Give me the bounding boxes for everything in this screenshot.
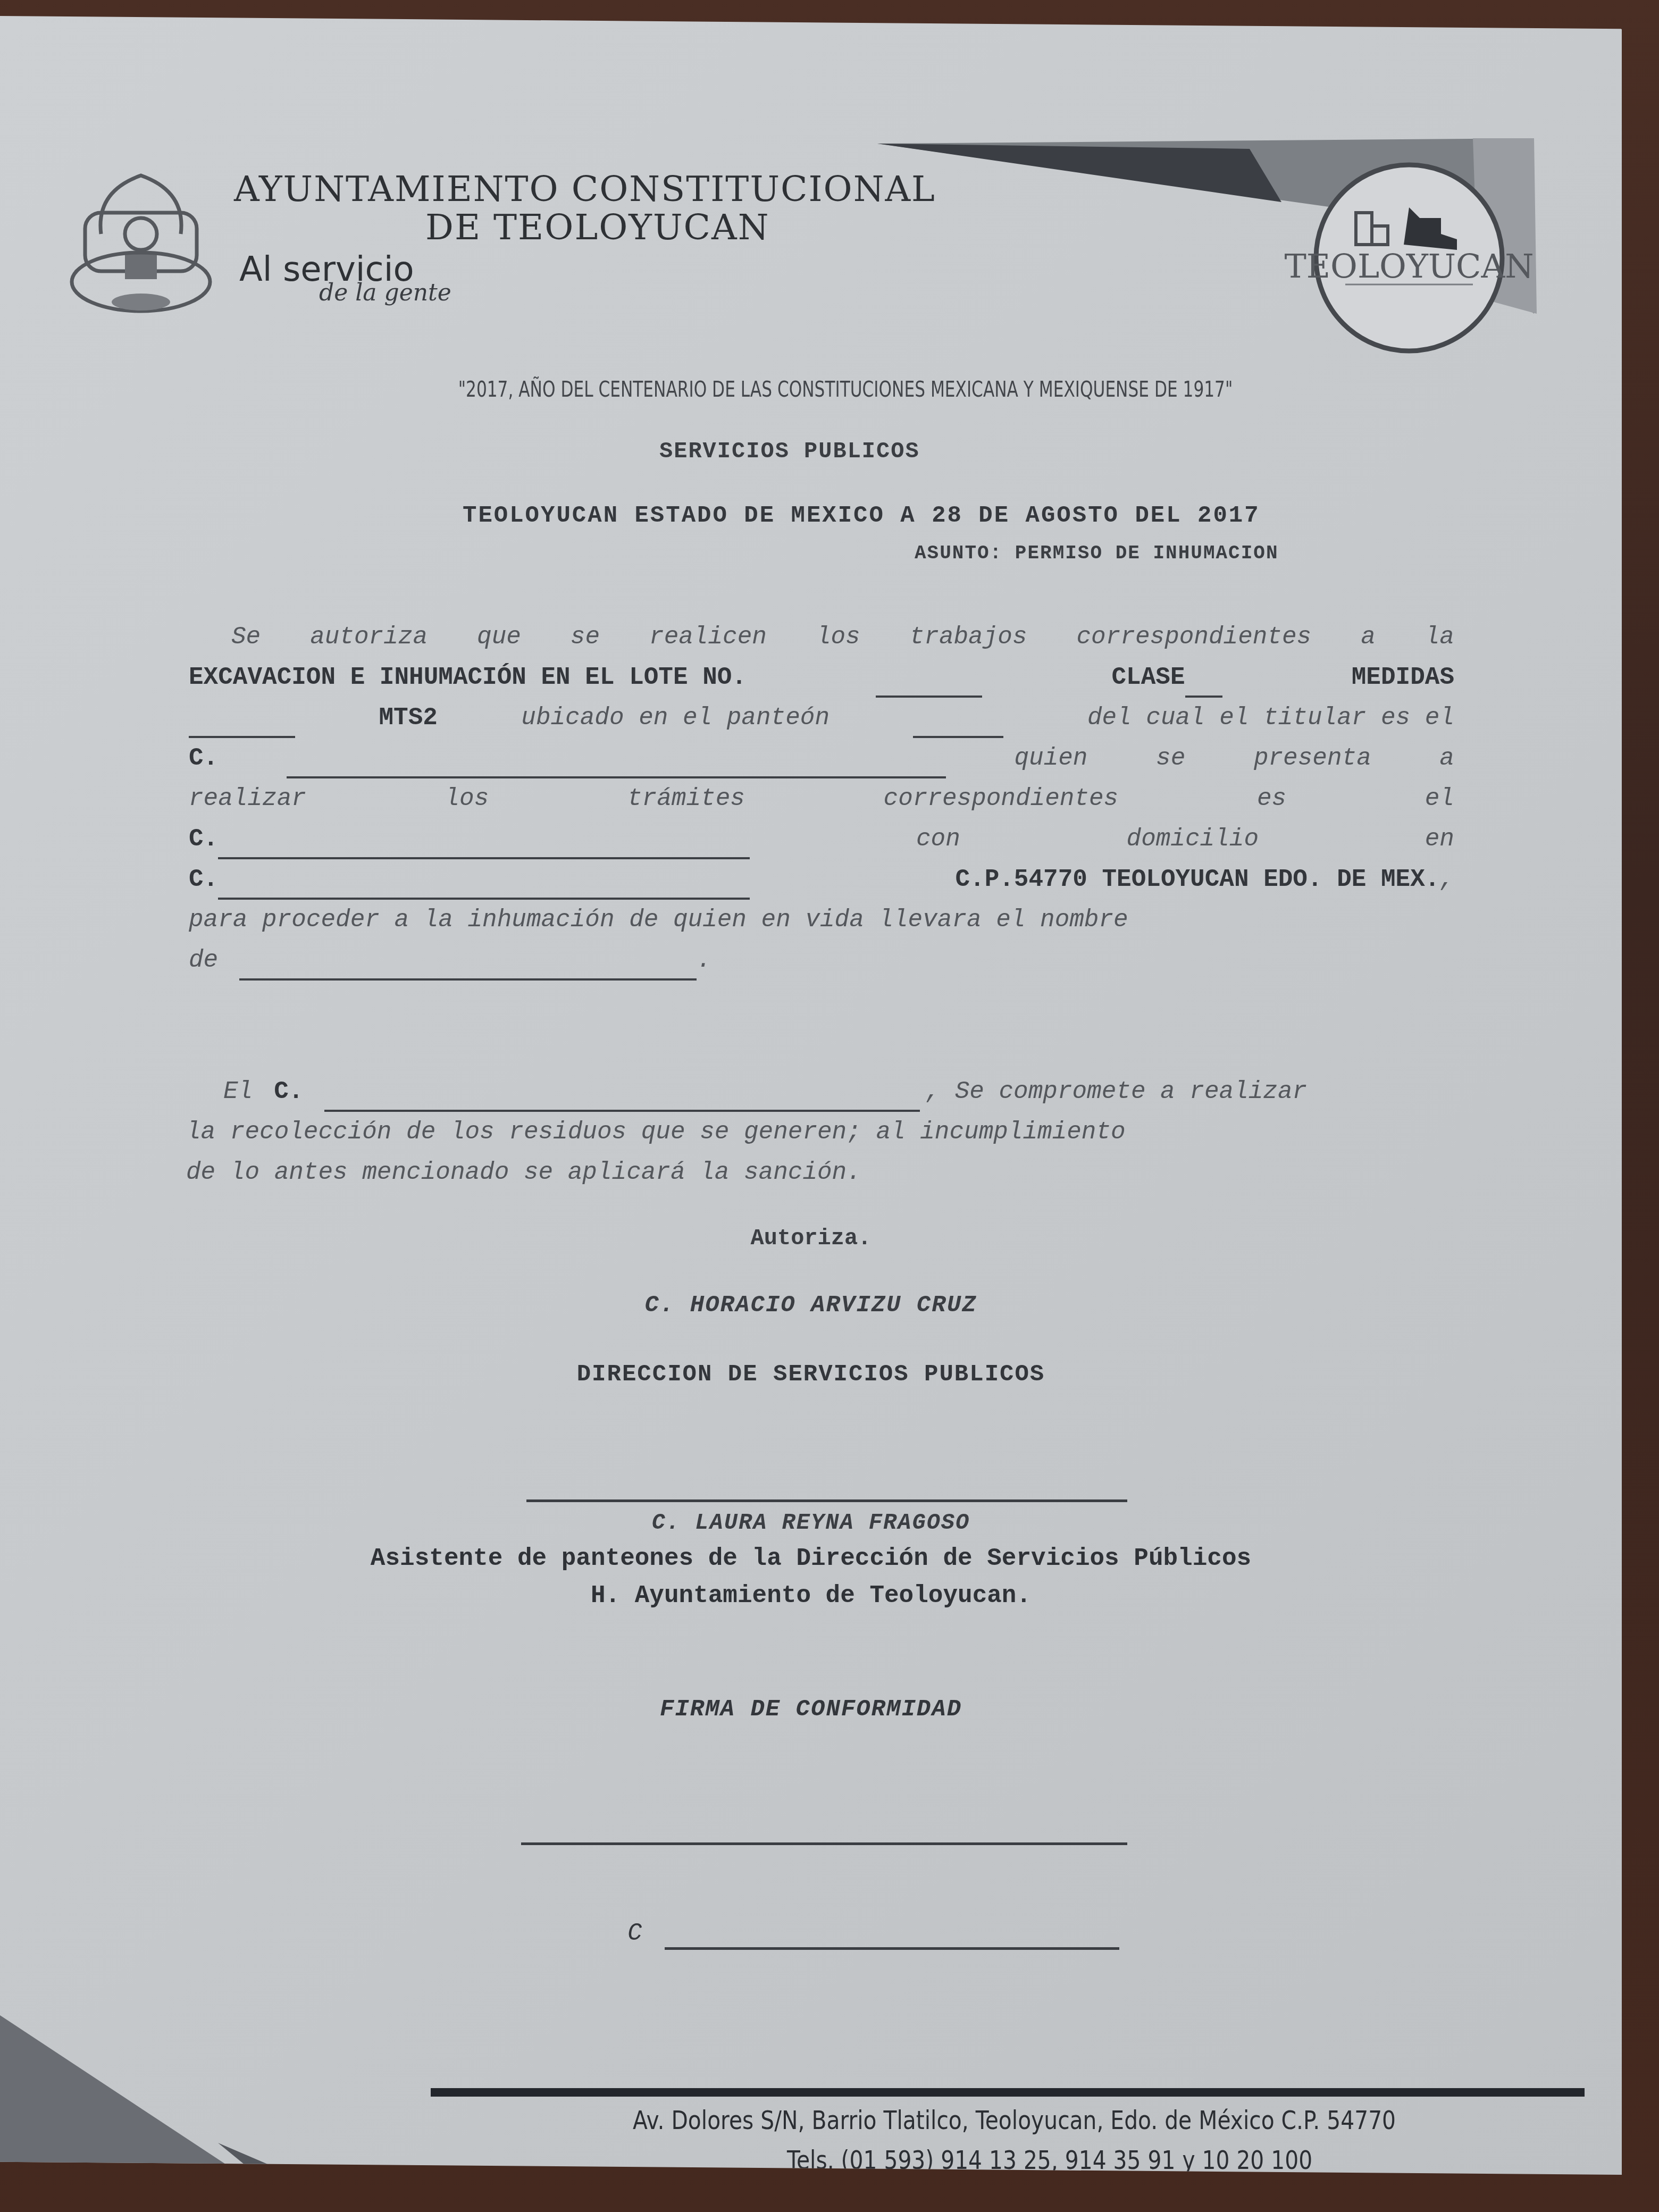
- body-line-2: EXCAVACION E INHUMACIÓN EN EL LOTE NO. C…: [189, 657, 1454, 698]
- body-line-9: de .: [189, 940, 1454, 981]
- org-title-line2: DE TEOLOYUCAN: [234, 208, 978, 247]
- commitment-line-1: El C. , Se compromete a realizar: [186, 1071, 1462, 1112]
- official-motto: "2017, AÑO DEL CENTENARIO DE LAS CONSTIT…: [410, 378, 1281, 402]
- excavation-label: EXCAVACION E INHUMACIÓN EN EL LOTE NO.: [189, 657, 747, 698]
- assistant-organization: H. Ayuntamiento de Teoloyucan.: [0, 1582, 1622, 1610]
- cemetery-field[interactable]: [913, 715, 1003, 738]
- footer-divider: [431, 2088, 1585, 2097]
- assistant-signature-line[interactable]: [526, 1499, 1127, 1502]
- municipal-crest-icon: [64, 154, 218, 314]
- department-heading: SERVICIOS PUBLICOS: [659, 439, 920, 464]
- body-line-6: C. con domicilio en: [189, 819, 1454, 859]
- body-line-4: C. quien se presenta a: [189, 738, 1454, 778]
- class-field[interactable]: [1185, 674, 1222, 698]
- deceased-name-field[interactable]: [239, 957, 697, 981]
- body-line-1: Se autoriza que se realicen los trabajos…: [189, 617, 1454, 657]
- authorizes-label: Autoriza.: [0, 1226, 1622, 1251]
- lot-number-field[interactable]: [876, 674, 982, 698]
- organization-title: AYUNTAMIENTO CONSTITUCIONAL DE TEOLOYUCA…: [234, 170, 978, 247]
- slogan-sub: de la gente: [319, 279, 451, 306]
- commitment-paragraph: El C. , Se compromete a realizar la reco…: [186, 1071, 1462, 1193]
- conformity-signature-line[interactable]: [521, 1842, 1127, 1845]
- responsible-name-field[interactable]: [324, 1088, 920, 1112]
- body-line-7: C. C.P.54770 TEOLOYUCAN EDO. DE MEX.,: [189, 859, 1454, 900]
- document-page: AYUNTAMIENTO CONSTITUCIONAL DE TEOLOYUCA…: [0, 16, 1622, 2175]
- applicant-name-field[interactable]: [218, 836, 750, 859]
- address-field[interactable]: [218, 876, 750, 900]
- subject-line: ASUNTO: PERMISO DE INHUMACION: [915, 542, 1279, 564]
- class-label: CLASE: [1111, 664, 1185, 691]
- assistant-name: C. LAURA REYNA FRAGOSO: [0, 1510, 1622, 1536]
- director-department: DIRECCION DE SERVICIOS PUBLICOS: [0, 1361, 1622, 1388]
- body-line-5: realizar los trámites correspondientes e…: [189, 778, 1454, 819]
- org-title-line1: AYUNTAMIENTO CONSTITUCIONAL: [234, 169, 936, 210]
- assistant-role: Asistente de panteones de la Dirección d…: [0, 1545, 1622, 1572]
- conformity-signature-title: FIRMA DE CONFORMIDAD: [0, 1696, 1622, 1723]
- conformity-c-label: C: [627, 1920, 642, 1947]
- footer-address: Av. Dolores S/N, Barrio Tlatilco, Teoloy…: [633, 2106, 1396, 2135]
- commitment-line-3: de lo antes mencionado se aplicará la sa…: [186, 1152, 1462, 1193]
- measures-label: MEDIDAS: [1352, 657, 1454, 698]
- date-line: TEOLOYUCAN ESTADO DE MEXICO A 28 DE AGOS…: [463, 502, 1260, 529]
- body-line-3: MTS2 ubicado en el panteón del cual el t…: [189, 698, 1454, 738]
- body-line-8: para proceder a la inhumación de quien e…: [189, 900, 1454, 940]
- authorization-paragraph: Se autoriza que se realicen los trabajos…: [189, 617, 1454, 981]
- titleholder-name-field[interactable]: [287, 755, 946, 778]
- teoloyucan-seal-icon: TEOLOYUCAN: [877, 138, 1542, 362]
- conformity-name-line[interactable]: [665, 1947, 1119, 1950]
- commitment-line-2: la recolección de los residuos que se ge…: [186, 1112, 1462, 1152]
- svg-text:TEOLOYUCAN: TEOLOYUCAN: [1284, 247, 1534, 286]
- director-name: C. HORACIO ARVIZU CRUZ: [0, 1292, 1622, 1319]
- measures-field[interactable]: [189, 715, 295, 738]
